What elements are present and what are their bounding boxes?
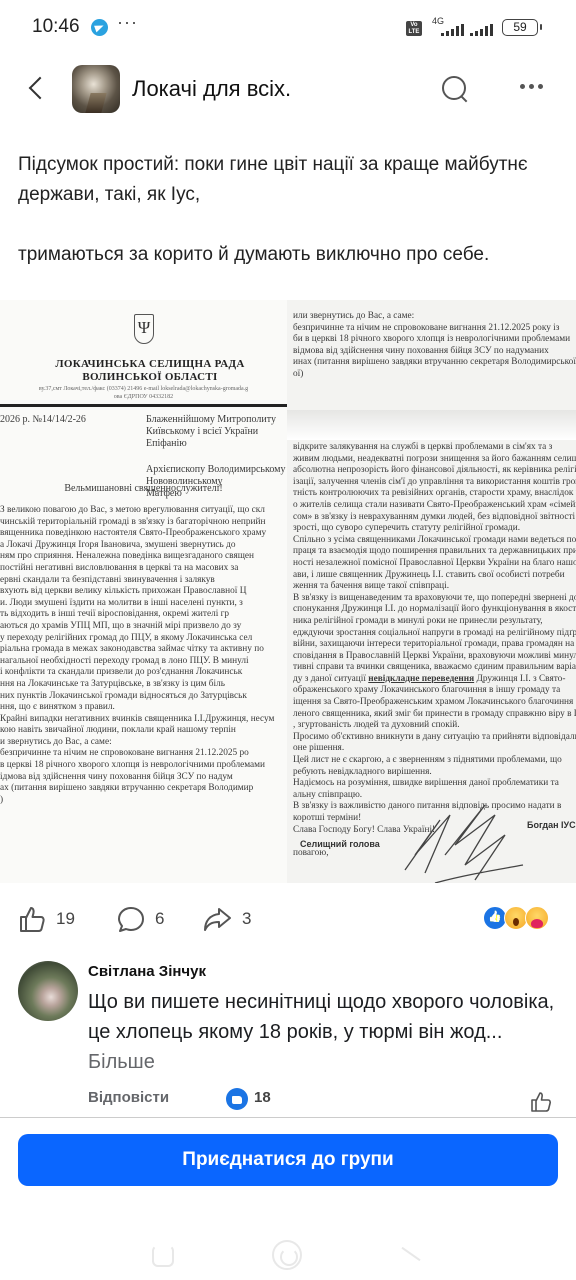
document-line: ріальна громада в межах законодавства за… — [0, 644, 285, 656]
post-action-bar: 19 6 3 — [0, 895, 576, 945]
document-number: 2026 р. №14/14/2-26 — [0, 414, 86, 426]
thumbs-up-icon[interactable] — [530, 1090, 552, 1112]
comment-body: Що ви пишете несинітниці щодо хворого чо… — [88, 991, 554, 1043]
document-line: вященника поведінкою настоятеля Свято-Пр… — [0, 528, 285, 540]
page-fold-shadow — [287, 410, 576, 440]
home-icon[interactable] — [272, 1240, 302, 1270]
notification-overflow-icon: ··· — [117, 12, 138, 33]
document-header-rule — [0, 404, 287, 407]
care-reaction-icon — [525, 906, 549, 930]
document-line: , згуртованість людей та духовний спокій… — [293, 720, 576, 732]
signal-icon — [441, 24, 464, 36]
document-page-left: Ψ ЛОКАЧИНСЬКА СЕЛИЩНА РАДА ВОЛИНСЬКОЇ ОБ… — [0, 300, 287, 883]
share-count: 3 — [242, 909, 251, 929]
document-line: оне рішення. — [293, 743, 576, 755]
chevron-left-icon[interactable] — [24, 72, 48, 106]
comment-bubble-icon — [117, 905, 145, 933]
document-line: ах (питання вирішено завдяки втручанню с… — [0, 783, 285, 795]
comment-actions: Відповісти 18 — [88, 1088, 558, 1112]
document-line: ть відходить в інші течії віросповідання… — [0, 609, 285, 621]
comment-like-count[interactable]: 18 — [254, 1089, 271, 1106]
document-line: нагальної необхідності переходу громад в… — [0, 656, 285, 668]
document-line: би в церкві 18 річного хворого хлопця із… — [293, 334, 576, 346]
addressee: Архієпископу ВолодимирськомуНововолинськ… — [146, 464, 285, 500]
document-line: сом» в зв'язку із неврахуванням думки лю… — [293, 512, 576, 524]
commenter-name[interactable]: Світлана Зінчук — [88, 963, 206, 980]
document-line: аються до храмів УПЦ МП, що в значній мі… — [0, 621, 285, 633]
search-icon[interactable] — [440, 74, 470, 104]
document-line: безпричинне та нічим не спровоковане виг… — [293, 323, 576, 335]
document-line: ження та бачення вище такої співпраці. — [293, 581, 576, 593]
document-org-address: ву.37,смт Локачі,тел./факс (03374) 21496… — [0, 385, 287, 401]
document-line: у переходу релігійних громад до ПЦУ, в я… — [0, 633, 285, 645]
document-line: и. Люди змушені їздити на молитви в інші… — [0, 598, 285, 610]
document-line: ника релігійної громади в минулі роки не… — [293, 616, 576, 628]
signer-name: Богдан ІУС — [527, 820, 576, 830]
org-address-line: ву.37,смт Локачі,тел./факс (03374) 21496… — [0, 385, 287, 393]
post-paragraph: тримаються за корито й думають виключно … — [18, 240, 548, 270]
telegram-icon — [91, 19, 108, 36]
divider — [0, 1117, 576, 1118]
battery-tip — [540, 24, 542, 30]
document-line: тивні справи та вчинки священика, вважає… — [293, 662, 576, 674]
reaction-summary[interactable] — [486, 906, 549, 930]
document-line: праця та взаємодія щодо поширення правил… — [293, 546, 576, 558]
trident-emblem-icon: Ψ — [134, 314, 154, 344]
status-bar: 10:46 ··· Vo LTE 4G 59 — [0, 0, 576, 56]
document-line: ої) — [293, 369, 576, 381]
document-line: ду з даної ситуації невідкладне переведе… — [293, 674, 576, 686]
commenter-avatar[interactable] — [18, 961, 78, 1021]
signature-icon — [395, 795, 525, 883]
document-line: відмова від здійснення чину поховання бі… — [293, 346, 576, 358]
document-line: Крайні випадки негативних вчинків священ… — [0, 714, 285, 726]
comment-count: 6 — [155, 909, 164, 929]
document-salutation: Вельмишановні священнослужителі! — [0, 483, 287, 495]
document-line: ображенського храму Локачинського благоч… — [293, 685, 576, 697]
document-line: кою навіть звичайної людини, поклали кра… — [0, 725, 285, 737]
see-more-link[interactable]: Більше — [88, 1051, 155, 1073]
post-text: Підсумок простий: поки гине цвіт нації з… — [18, 150, 548, 300]
document-line: Спільно з усіма священниками Локачинсько… — [293, 535, 576, 547]
document-org-title: ЛОКАЧИНСЬКА СЕЛИЩНА РАДА ВОЛИНСЬКОЇ ОБЛА… — [20, 358, 280, 384]
document-line: ння на Локачинське та Затурцівське, в зв… — [0, 679, 285, 691]
battery-icon: 59 — [502, 19, 538, 36]
document-line: или звернутись до Вас, а саме: — [293, 311, 576, 323]
comment-text: Що ви пишете несинітниці щодо хворого чо… — [88, 987, 558, 1077]
document-line: ервні скандали та безпідставні звинуваче… — [0, 575, 285, 587]
document-line: ння, що є винятком з правил. — [0, 702, 285, 714]
document-body-right-top: или звернутись до Вас, а саме: безпричин… — [293, 311, 576, 381]
document-line: ) — [0, 795, 285, 807]
volte-icon: Vo LTE — [406, 21, 422, 36]
document-line: безпричинне та нічим не спровоковане виг… — [0, 748, 285, 760]
post-image-document[interactable]: Ψ ЛОКАЧИНСЬКА СЕЛИЩНА РАДА ВОЛИНСЬКОЇ ОБ… — [0, 300, 576, 883]
document-line: зрості, що суворо суперечить статуту рел… — [293, 523, 576, 535]
document-line: ави, і лише священник Дружинець І.І. ста… — [293, 570, 576, 582]
system-nav-bar — [0, 1235, 576, 1280]
document-line: іщення за Свято-Преображенським храмом Л… — [293, 697, 576, 709]
document-line: леного священника, який зміг би принести… — [293, 709, 576, 721]
document-line: вхують від церкви велику кількість прихо… — [0, 586, 285, 598]
reply-link[interactable]: Відповісти — [88, 1089, 169, 1106]
comment-button[interactable]: 6 — [117, 905, 164, 933]
org-address-line: ова ЄДРПОУ 04332182 — [0, 393, 287, 401]
document-line: спонукання Дружинця І.І. до нормалізації… — [293, 604, 576, 616]
group-avatar[interactable] — [72, 65, 120, 113]
document-line: живим людьми, неадекватні погрози знищен… — [293, 454, 576, 466]
share-button[interactable]: 3 — [202, 905, 251, 933]
document-line: инах (питання вирішено завдяки втручанню… — [293, 357, 576, 369]
group-title[interactable]: Локачі для всіх. — [132, 76, 291, 102]
like-button[interactable]: 19 — [18, 905, 75, 933]
signal-icon — [470, 24, 493, 36]
document-line: едждуючи зростання соціальної напруги в … — [293, 628, 576, 640]
document-line: и звернутись до Вас, а саме: — [0, 737, 285, 749]
back-icon[interactable] — [401, 1247, 420, 1261]
document-line: а Локачі Дружинця Ігоря Івановича, змуше… — [0, 540, 285, 552]
document-line: З великою повагою до Вас, з метою врегул… — [0, 505, 285, 517]
share-arrow-icon — [202, 905, 232, 933]
document-line: ідмова від здійснення чину поховання бій… — [0, 772, 285, 784]
document-line: постійні негативні висловлювання в церкв… — [0, 563, 285, 575]
document-line: і конфлікти та скандали призвели до роз'… — [0, 667, 285, 679]
post-paragraph: Підсумок простий: поки гине цвіт нації з… — [18, 150, 548, 210]
document-addressees: Блаженнійшому МитрополитуКиївському і вс… — [146, 414, 285, 514]
document-line: сповідання в Православній Церкві України… — [293, 651, 576, 663]
like-count: 19 — [56, 909, 75, 929]
document-line: війни, захищаючи інтереси територіальної… — [293, 639, 576, 651]
status-time: 10:46 — [32, 16, 80, 38]
document-line: тність контролюючих та ревізійних органі… — [293, 488, 576, 500]
more-dots-icon[interactable] — [520, 84, 550, 94]
thumbs-up-icon — [18, 905, 46, 933]
document-line: ребують невідкладного вирішення. — [293, 767, 576, 779]
document-line: Просимо об'єктивно вникнути в дану ситуа… — [293, 732, 576, 744]
document-line: о жителів селища стали називати Свято-Пр… — [293, 500, 576, 512]
document-line: них пунктів Локачинської громади віднося… — [0, 691, 285, 703]
underlined-phrase: невідкладне переведення — [368, 674, 474, 684]
group-header: Локачі для всіх. — [0, 56, 576, 120]
document-line: чинській територіальній громаді в зв'язк… — [0, 517, 285, 529]
document-line: відкрите залякування на службі в церкві … — [293, 442, 576, 454]
org-title-line: ВОЛИНСЬКОЇ ОБЛАСТІ — [20, 371, 280, 384]
document-line: в церкві 18 річного хворого хлопця із не… — [0, 760, 285, 772]
document-line: ням про сприяння. Неналежна поведінка ви… — [0, 551, 285, 563]
comment: Світлана Зінчук Що ви пишете несинітниці… — [0, 955, 576, 1115]
org-title-line: ЛОКАЧИНСЬКА СЕЛИЩНА РАДА — [20, 358, 280, 371]
join-group-button[interactable]: Приєднатися до групи — [18, 1134, 558, 1186]
document-line: Надіємось на розуміння, швидке вирішення… — [293, 778, 576, 790]
like-reaction-icon — [226, 1088, 248, 1110]
document-line: В зв'язку із вищенаведеним та враховуючи… — [293, 593, 576, 605]
addressee: Блаженнійшому МитрополитуКиївському і вс… — [146, 414, 285, 450]
document-line: ності незалежної помісної Православної Ц… — [293, 558, 576, 570]
document-line: абсолютна непрозорість його фінансової д… — [293, 465, 576, 477]
signer-title: Селищний голова — [300, 839, 380, 849]
recent-apps-icon[interactable] — [152, 1245, 174, 1267]
document-line: ізації, залучення членів сім'ї до управл… — [293, 477, 576, 489]
document-line: Цей лист не є скаргою, а є зверненням з … — [293, 755, 576, 767]
document-body-left: З великою повагою до Вас, з метою врегул… — [0, 505, 285, 806]
